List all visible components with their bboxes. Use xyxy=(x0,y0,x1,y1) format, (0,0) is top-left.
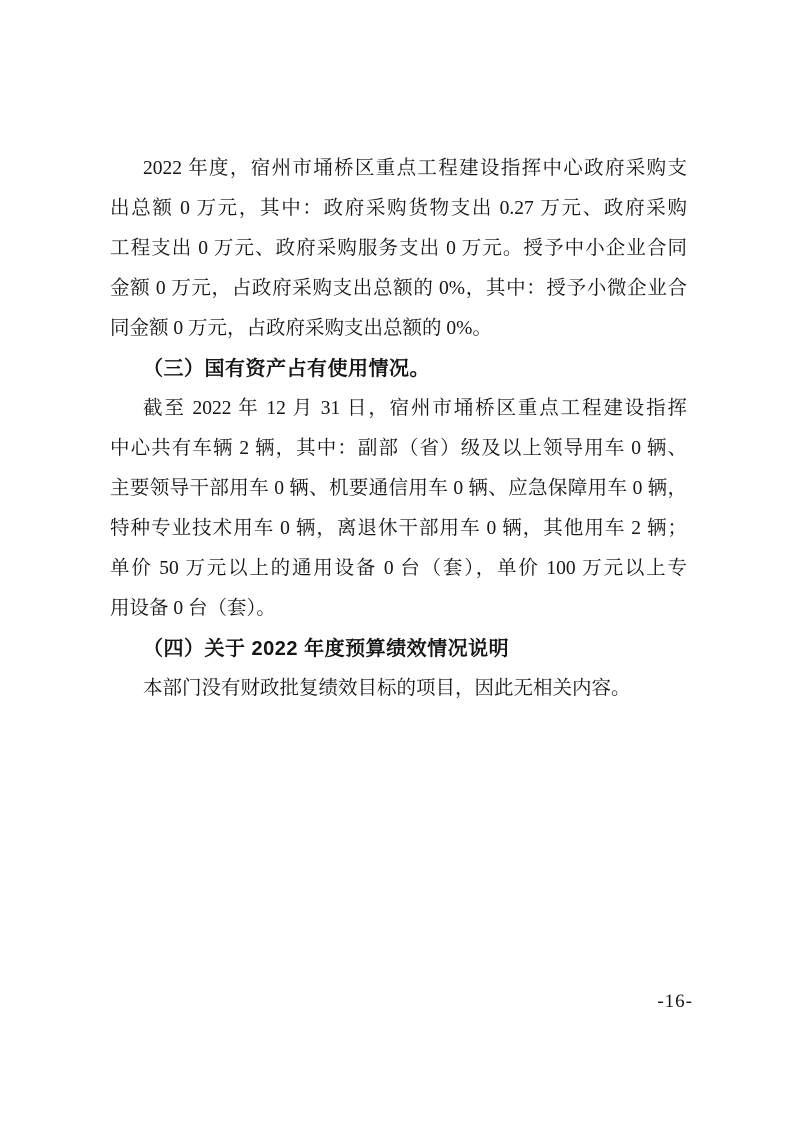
section-heading-4: （四）关于 2022 年度预算绩效情况说明 xyxy=(110,629,687,669)
para2-line1: 截至 2022 年 12 月 31 日，宿州市埇桥区重点工程建设指挥 xyxy=(110,389,687,429)
document-page: 2022 年度，宿州市埇桥区重点工程建设指挥中心政府采购支 出总额 0 万元，其… xyxy=(0,0,793,1122)
para1-line3: 工程支出 0 万元、政府采购服务支出 0 万元。授予中小企业合同 xyxy=(110,229,687,269)
para3-line1: 本部门没有财政批复绩效目标的项目，因此无相关内容。 xyxy=(110,669,687,709)
para2-line2: 中心共有车辆 2 辆，其中：副部（省）级及以上领导用车 0 辆、 xyxy=(110,429,687,469)
para2-line4: 特种专业技术用车 0 辆，离退休干部用车 0 辆，其他用车 2 辆； xyxy=(110,509,687,549)
para1-line5: 同金额 0 万元，占政府采购支出总额的 0%。 xyxy=(110,309,687,349)
para1-line4: 金额 0 万元，占政府采购支出总额的 0%，其中：授予小微企业合 xyxy=(110,269,687,309)
para1-line2: 出总额 0 万元，其中：政府采购货物支出 0.27 万元、政府采购 xyxy=(110,189,687,229)
para1-line1: 2022 年度，宿州市埇桥区重点工程建设指挥中心政府采购支 xyxy=(110,149,687,189)
para2-line3: 主要领导干部用车 0 辆、机要通信用车 0 辆、应急保障用车 0 辆， xyxy=(110,469,687,509)
para2-line6: 用设备 0 台（套）。 xyxy=(110,589,687,629)
page-number: -16- xyxy=(657,990,693,1014)
section-heading-3: （三）国有资产占有使用情况。 xyxy=(110,349,687,389)
para2-line5: 单价 50 万元以上的通用设备 0 台（套），单价 100 万元以上专 xyxy=(110,549,687,589)
document-body: 2022 年度，宿州市埇桥区重点工程建设指挥中心政府采购支 出总额 0 万元，其… xyxy=(110,149,687,709)
